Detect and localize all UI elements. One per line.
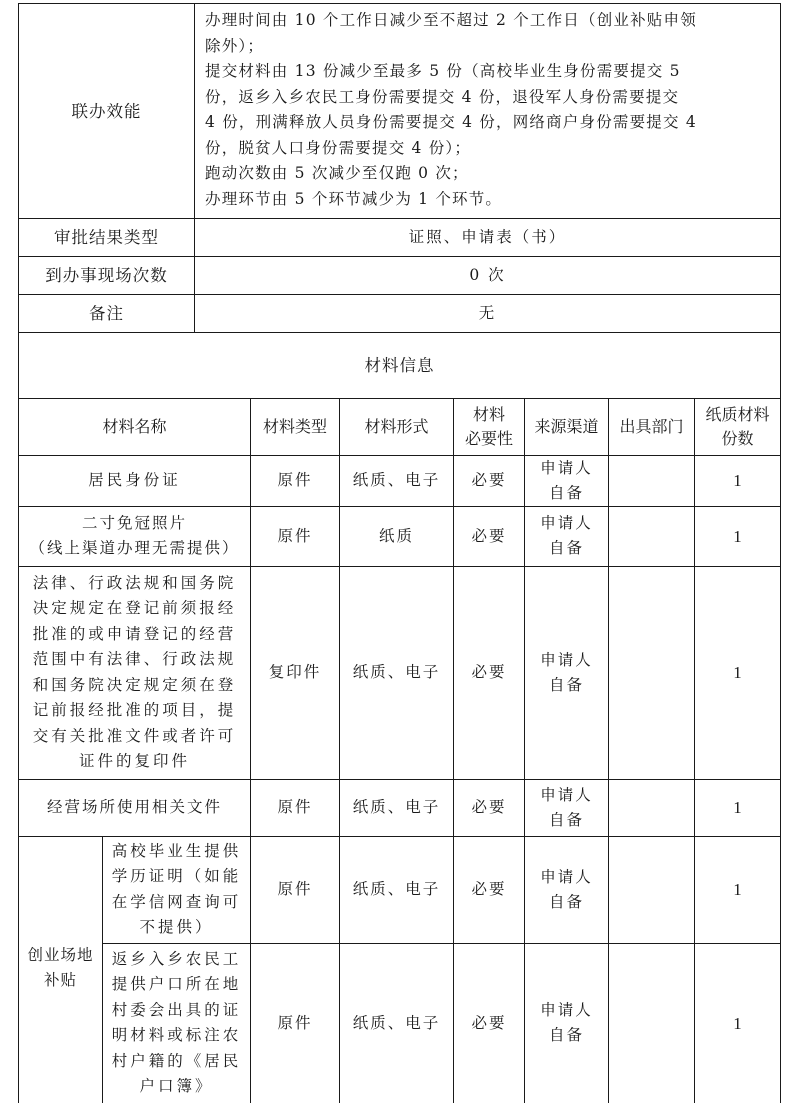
- row-label-visits: 到办事现场次数: [19, 257, 195, 295]
- remarks-value: 无: [195, 295, 781, 333]
- material-name: 二寸免冠照片 （线上渠道办理无需提供）: [19, 506, 251, 566]
- material-type: 原件: [251, 836, 340, 943]
- name-line: 返乡入乡农民工: [105, 947, 248, 973]
- header-type: 材料类型: [251, 398, 340, 455]
- table-row: 法律、行政法规和国务院 决定规定在登记前须报经 批准的或申请登记的经营 范围中有…: [19, 566, 781, 779]
- material-issuer: [609, 455, 695, 506]
- source-line: 自备: [529, 890, 604, 915]
- service-info-document: 联办效能 办理时间由 10 个工作日减少至不超过 2 个工作日（创业补贴申领 除…: [18, 3, 780, 1103]
- materials-section-title: 材料信息: [19, 332, 781, 398]
- material-issuer: [609, 566, 695, 779]
- name-line: 批准的或申请登记的经营: [25, 622, 244, 648]
- text-line: 份，脱贫人口身份需要提交 4 份）；: [205, 136, 772, 162]
- material-name: 经营场所使用相关文件: [19, 779, 251, 836]
- name-line: 村户籍的《居民: [105, 1049, 248, 1075]
- name-line: 记前报经批准的项目，提: [25, 698, 244, 724]
- source-line: 申请人: [529, 783, 604, 808]
- source-line: 申请人: [529, 998, 604, 1023]
- material-name: 高校毕业生提供 学历证明（如能 在学信网查询可 不提供）: [103, 836, 251, 943]
- name-line: 高校毕业生提供: [105, 839, 248, 865]
- name-line: 范围中有法律、行政法规: [25, 647, 244, 673]
- group-label: 创业场地 补贴: [19, 836, 103, 1103]
- material-source: 申请人 自备: [525, 836, 609, 943]
- text-line: 提交材料由 13 份减少至最多 5 份（高校毕业生身份需要提交 5: [205, 59, 772, 85]
- material-copies: 1: [695, 779, 781, 836]
- source-line: 申请人: [529, 456, 604, 481]
- header-row: 材料名称 材料类型 材料形式 材料 必要性 来源渠道 出具部门 纸质材料 份数: [19, 398, 781, 455]
- text-line: 除外）；: [205, 34, 772, 60]
- section-title-row: 材料信息: [19, 332, 781, 398]
- row-label-remarks: 备注: [19, 295, 195, 333]
- efficiency-text: 办理时间由 10 个工作日减少至不超过 2 个工作日（创业补贴申领 除外）； 提…: [195, 4, 781, 219]
- material-copies: 1: [695, 836, 781, 943]
- text-line: 4 份，刑满释放人员身份需要提交 4 份，网络商户身份需要提交 4: [205, 110, 772, 136]
- material-necessity: 必要: [454, 943, 525, 1103]
- source-line: 申请人: [529, 648, 604, 673]
- text-line: 办理环节由 5 个环节减少为 1 个环节。: [205, 187, 772, 213]
- row-label-result-type: 审批结果类型: [19, 219, 195, 257]
- header-text: 必要性: [458, 427, 520, 451]
- material-name: 返乡入乡农民工 提供户口所在地 村委会出具的证 明材料或标注农 村户籍的《居民 …: [103, 943, 251, 1103]
- name-line: 决定规定在登记前须报经: [25, 596, 244, 622]
- source-line: 自备: [529, 536, 604, 561]
- row-label-efficiency: 联办效能: [19, 4, 195, 219]
- name-line: 经营场所使用相关文件: [25, 795, 244, 821]
- name-line: 不提供）: [105, 915, 248, 941]
- name-line: 交有关批准文件或者许可: [25, 724, 244, 750]
- material-issuer: [609, 836, 695, 943]
- text-line: 份，返乡入乡农民工身份需要提交 4 份，退役军人身份需要提交: [205, 85, 772, 111]
- header-copies: 纸质材料 份数: [695, 398, 781, 455]
- material-source: 申请人 自备: [525, 455, 609, 506]
- source-line: 自备: [529, 481, 604, 506]
- material-type: 复印件: [251, 566, 340, 779]
- material-form: 纸质、电子: [340, 943, 454, 1103]
- material-copies: 1: [695, 506, 781, 566]
- header-text: 份数: [695, 427, 780, 451]
- header-form: 材料形式: [340, 398, 454, 455]
- material-copies: 1: [695, 455, 781, 506]
- name-line: 二寸免冠照片: [25, 511, 244, 537]
- material-issuer: [609, 779, 695, 836]
- material-name: 法律、行政法规和国务院 决定规定在登记前须报经 批准的或申请登记的经营 范围中有…: [19, 566, 251, 779]
- table-row: 二寸免冠照片 （线上渠道办理无需提供） 原件 纸质 必要 申请人 自备 1: [19, 506, 781, 566]
- material-form: 纸质、电子: [340, 566, 454, 779]
- header-name: 材料名称: [19, 398, 251, 455]
- material-type: 原件: [251, 455, 340, 506]
- summary-table: 联办效能 办理时间由 10 个工作日减少至不超过 2 个工作日（创业补贴申领 除…: [18, 3, 781, 333]
- table-row: 居民身份证 原件 纸质、电子 必要 申请人 自备 1: [19, 455, 781, 506]
- group-label-line: 补贴: [19, 968, 102, 993]
- source-line: 自备: [529, 673, 604, 698]
- header-source: 来源渠道: [525, 398, 609, 455]
- table-row: 返乡入乡农民工 提供户口所在地 村委会出具的证 明材料或标注农 村户籍的《居民 …: [19, 943, 781, 1103]
- material-source: 申请人 自备: [525, 943, 609, 1103]
- group-label-line: 创业场地: [19, 943, 102, 968]
- name-line: 提供户口所在地: [105, 972, 248, 998]
- name-line: 学历证明（如能: [105, 864, 248, 890]
- material-necessity: 必要: [454, 566, 525, 779]
- source-line: 申请人: [529, 865, 604, 890]
- material-copies: 1: [695, 943, 781, 1103]
- result-type-value: 证照、申请表（书）: [195, 219, 781, 257]
- source-line: 申请人: [529, 511, 604, 536]
- name-line: 明材料或标注农: [105, 1023, 248, 1049]
- material-form: 纸质、电子: [340, 455, 454, 506]
- material-form: 纸质、电子: [340, 779, 454, 836]
- material-type: 原件: [251, 779, 340, 836]
- material-copies: 1: [695, 566, 781, 779]
- material-source: 申请人 自备: [525, 779, 609, 836]
- header-necessity: 材料 必要性: [454, 398, 525, 455]
- text-line: 跑动次数由 5 次减少至仅跑 0 次；: [205, 161, 772, 187]
- table-row: 经营场所使用相关文件 原件 纸质、电子 必要 申请人 自备 1: [19, 779, 781, 836]
- material-type: 原件: [251, 506, 340, 566]
- name-line: 法律、行政法规和国务院: [25, 571, 244, 597]
- header-text: 纸质材料: [695, 403, 780, 427]
- material-necessity: 必要: [454, 836, 525, 943]
- name-line: 户口簿》: [105, 1074, 248, 1100]
- table-row: 创业场地 补贴 高校毕业生提供 学历证明（如能 在学信网查询可 不提供） 原件 …: [19, 836, 781, 943]
- name-line: 在学信网查询可: [105, 890, 248, 916]
- materials-table: 材料信息 材料名称 材料类型 材料形式 材料 必要性 来源渠道 出具部门 纸质材…: [18, 332, 781, 1103]
- material-type: 原件: [251, 943, 340, 1103]
- source-line: 自备: [529, 808, 604, 833]
- material-source: 申请人 自备: [525, 566, 609, 779]
- material-form: 纸质、电子: [340, 836, 454, 943]
- material-necessity: 必要: [454, 455, 525, 506]
- material-source: 申请人 自备: [525, 506, 609, 566]
- visits-value: 0 次: [195, 257, 781, 295]
- table-row: 到办事现场次数 0 次: [19, 257, 781, 295]
- table-row: 审批结果类型 证照、申请表（书）: [19, 219, 781, 257]
- material-necessity: 必要: [454, 779, 525, 836]
- material-form: 纸质: [340, 506, 454, 566]
- table-row: 备注 无: [19, 295, 781, 333]
- material-issuer: [609, 506, 695, 566]
- name-line: 和国务院决定规定须在登: [25, 673, 244, 699]
- material-name: 居民身份证: [19, 455, 251, 506]
- name-line: 村委会出具的证: [105, 998, 248, 1024]
- name-line: 居民身份证: [25, 468, 244, 494]
- material-necessity: 必要: [454, 506, 525, 566]
- header-issuer: 出具部门: [609, 398, 695, 455]
- material-issuer: [609, 943, 695, 1103]
- table-row: 联办效能 办理时间由 10 个工作日减少至不超过 2 个工作日（创业补贴申领 除…: [19, 4, 781, 219]
- name-line: 证件的复印件: [25, 749, 244, 775]
- name-line: （线上渠道办理无需提供）: [25, 536, 244, 562]
- source-line: 自备: [529, 1023, 604, 1048]
- text-line: 办理时间由 10 个工作日减少至不超过 2 个工作日（创业补贴申领: [205, 8, 772, 34]
- header-text: 材料: [458, 403, 520, 427]
